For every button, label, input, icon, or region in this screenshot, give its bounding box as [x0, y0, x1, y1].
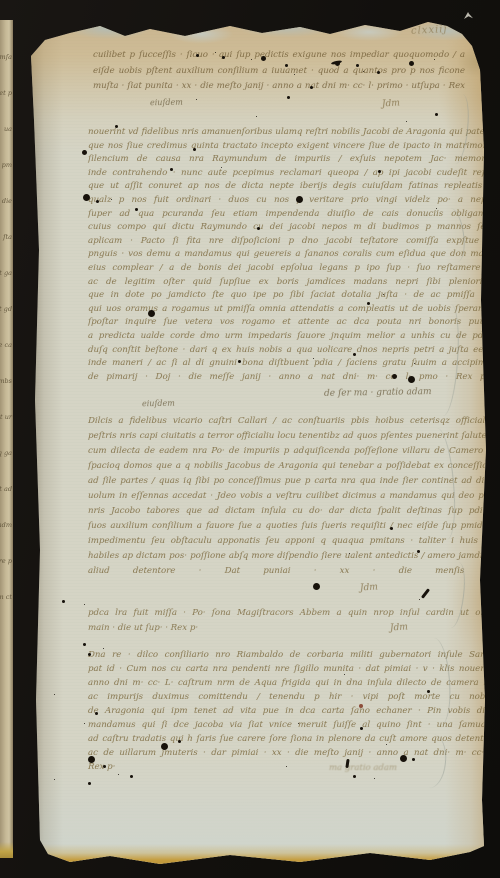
- ink-streak: [421, 588, 430, 599]
- facing-text-fragment: a adm: [0, 522, 12, 529]
- manuscript-text-line: impedimentu ſeu obſtaculu apponatis ſeu …: [88, 534, 499, 549]
- facing-text-fragment: et ur: [0, 414, 12, 421]
- facing-text-fragment: mſa: [0, 54, 12, 61]
- manuscript-text-line: main · die ut ſup· · Rex p·: [88, 621, 491, 636]
- manuscript-text-line: ſuper ad qua pcuranda ſeu etiam impenden…: [88, 208, 496, 222]
- manuscript-text-line: nouerint vd fidelibus nris amanuenſoribu…: [88, 126, 496, 140]
- binding-thread: [464, 12, 473, 19]
- manuscript-text-line: aliud detentore · Dat puniai · xx · die …: [88, 564, 499, 579]
- registrar-note-entry-2: eiuſdem: [142, 399, 175, 409]
- manuscript-text-line: qui uos oramus a rogamus ut pmiſſa omnia…: [88, 303, 496, 317]
- facing-text-fragment: im ct: [0, 594, 12, 601]
- manuscript-text-line: que in dote po jamdicto ſte quo ipe po ſ…: [88, 289, 496, 303]
- facing-text-fragment: die: [2, 198, 12, 205]
- manuscript-text-line: ſilencium de causa nra Raymundum de impu…: [88, 153, 496, 167]
- facing-text-fragment: ua: [4, 126, 12, 133]
- manuscript-text-line: inde contrahendo · nunc aute pcepimus re…: [88, 167, 496, 181]
- manuscript-text-line: a predicta ualde corde dmo urm impedaris…: [88, 330, 496, 344]
- facing-text-fragment: ſta: [3, 234, 12, 241]
- registrar-note-entry-1: eiuſdem: [150, 98, 183, 108]
- manuscript-text-line: ſpoſtar inquire ſue vetera vos rogamo et…: [88, 316, 496, 330]
- facing-text-fragment: re p: [0, 558, 12, 565]
- manuscript-entry-1: cuilibet p ſucceſſis · ſicuo · qui ſup p…: [93, 48, 465, 95]
- facing-text-fragment: q ga: [0, 450, 12, 457]
- facing-text-fragment: ret p: [0, 90, 12, 97]
- facing-page-edge: mſaret puaq pmdieſtauit gait gdne cacomb…: [0, 20, 13, 858]
- manuscript-text-line: cuilibet p ſucceſſis · ſicuo · qui ſup p…: [93, 48, 466, 64]
- manuscript-text-line: que ut aſſit conuret ap nos de dicta nep…: [88, 180, 496, 194]
- margin-mark-entry-4: Jdm: [390, 622, 409, 633]
- page-deckle-edge: [31, 844, 487, 868]
- facing-text-fragment: ne ca: [0, 342, 12, 349]
- manuscript-text-line: eius complear / a de bonis dei jacobi ep…: [88, 262, 496, 276]
- manuscript-text-line: pnguis · vos demu a mandamus qui geuerei…: [88, 248, 496, 262]
- margin-mark-entry-1: Jdm: [382, 98, 401, 109]
- heading-note-entry-2: de ſer ma · gratio adam: [324, 387, 432, 399]
- manuscript-text-line: cuius compo qui dictu Raymundo cu dei ja…: [88, 221, 496, 235]
- manuscript-text-line: pdca lra fuit miſſa · Po· ſona Magiſtrac…: [88, 606, 491, 621]
- manuscript-text-line: ac de legitim oſter quid ſupſiue ex bori…: [88, 276, 496, 290]
- facing-text-fragment: q pm: [0, 162, 12, 169]
- manuscript-text-line: habiles ap dictam pos· poſſione abſq mor…: [88, 549, 499, 564]
- manuscript-text-line: muſta · ſiat punita · xx · die meſto jan…: [93, 79, 466, 95]
- manuscript-text-line: eiſde uobis pſtent auxilium conſilium a …: [93, 64, 466, 80]
- manuscript-text-line: que nos ſiue credimus quinta tractato in…: [88, 140, 496, 154]
- manuscript-entry-2: nouerint vd fidelibus nris amanuenſoribu…: [88, 126, 496, 384]
- margin-mark-entry-3: Jdm: [360, 582, 379, 593]
- facing-text-fragment: it gd: [0, 306, 12, 313]
- manuscript-text-line: qualz p nos fuit ordinari · duos cu nos …: [88, 194, 496, 208]
- facing-page-text-fragments: mſaret puaq pmdieſtauit gait gdne cacomb…: [0, 20, 13, 858]
- trailing-note-entry-5: ma gratio adam: [329, 763, 485, 773]
- facing-text-fragment: ſt ad: [0, 486, 12, 493]
- manuscript-page: clxxiij cuilibet p ſucceſſis · ſicuo · q…: [31, 22, 487, 868]
- manuscript-text-line: Dilcis a fidelibus vicario caſtri Callar…: [88, 414, 499, 429]
- facing-text-fragment: uit ga: [0, 270, 12, 277]
- red-ink-dot: [359, 704, 363, 708]
- folio-number: clxxiij: [411, 24, 448, 37]
- manuscript-entry-4: pdca lra fuit miſſa · Po· ſona Magiſtrac…: [88, 606, 490, 636]
- manuscript-text-line: aplicam · Pacto ſi fita nre diſpoſicioni…: [88, 235, 496, 249]
- ink-blots: [31, 22, 34, 25]
- facing-text-fragment: combs: [0, 378, 12, 385]
